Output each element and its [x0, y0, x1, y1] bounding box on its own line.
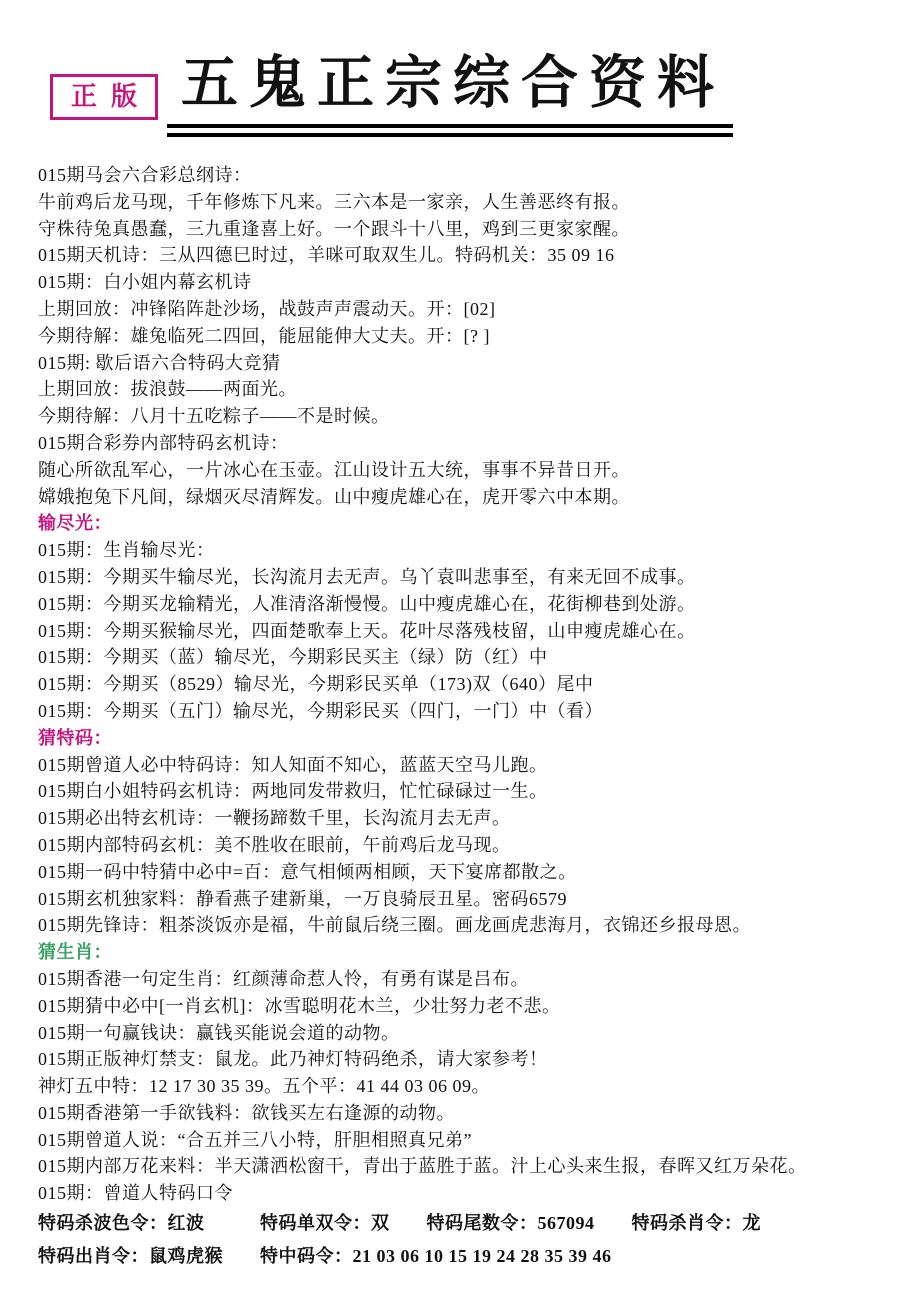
content-line: 015期：今期买（五门）输尽光，今期彩民买（四门，一门）中（看）	[38, 698, 870, 725]
content-line: 015期先锋诗：粗茶淡饭亦是福，牛前鼠后绕三圈。画龙画虎悲海月，衣锦还乡报母恩。	[38, 912, 870, 939]
content-line: 015期玄机独家料：静看燕子建新巢，一万良骑辰丑星。密码6579	[38, 886, 870, 913]
authenticity-badge: 正版	[50, 74, 158, 120]
content-line: 015期：曾道人特码口令	[38, 1180, 870, 1207]
content-line: 015期香港第一手欲钱料：欲钱买左右逢源的动物。	[38, 1100, 870, 1127]
content-line: 015期：白小姐内幕玄机诗	[38, 269, 870, 296]
content-line: 015期：今期买牛输尽光，长沟流月去无声。乌丫袁叫悲事至，有来无回不成事。	[38, 564, 870, 591]
header: 正版 五鬼正宗综合资料	[0, 0, 900, 130]
content-lines: 015期马会六合彩总纲诗：牛前鸡后龙马现，千年修炼下凡来。三六本是一家亲，人生善…	[38, 162, 870, 1273]
content-line: 015期内部万花来料：半天潇洒松窗干，青出于蓝胜于蓝。汁上心头来生报，春晖又红万…	[38, 1153, 870, 1180]
page-title: 五鬼正宗综合资料	[167, 52, 733, 137]
content-line: 015期马会六合彩总纲诗：	[38, 162, 870, 189]
content-line: 特码杀波色令：红波 特码单双令：双 特码尾数令：567094 特码杀肖令：龙	[38, 1207, 870, 1240]
content-line: 随心所欲乱军心，一片冰心在玉壶。江山设计五大统，事事不异昔日开。	[38, 457, 870, 484]
content-line: 特码出肖令：鼠鸡虎猴 特中码令：21 03 06 10 15 19 24 28 …	[38, 1240, 870, 1273]
content-line: 嫦娥抱兔下凡间，绿烟灭尽清辉发。山中瘦虎雄心在，虎开零六中本期。	[38, 484, 870, 511]
content-line: 015期内部特码玄机：美不胜收在眼前，午前鸡后龙马现。	[38, 832, 870, 859]
content-line: 015期香港一句定生肖：红颜薄命惹人怜，有勇有谋是吕布。	[38, 966, 870, 993]
content-line: 015期正版神灯禁支：鼠龙。此乃神灯特码绝杀，请大家参考！	[38, 1046, 870, 1073]
content-line: 上期回放：拔浪鼓——两面光。	[38, 376, 870, 403]
content-line: 015期: 歇后语六合特码大竞猜	[38, 350, 870, 377]
content-line: 015期白小姐特码玄机诗：两地同发带救归，忙忙碌碌过一生。	[38, 778, 870, 805]
content-line: 015期一码中特猜中必中=百：意气相倾两相顾，天下宴席都散之。	[38, 859, 870, 886]
content-line: 015期：今期买（8529）输尽光，今期彩民买单（173)双（640）尾中	[38, 671, 870, 698]
content-line: 神灯五中特：12 17 30 35 39。五个平：41 44 03 06 09。	[38, 1073, 870, 1100]
content-line: 015期：生肖输尽光：	[38, 537, 870, 564]
content-line: 015期一句赢钱诀：赢钱买能说会道的动物。	[38, 1020, 870, 1047]
content-line: 今期待解：八月十五吃粽子——不是时候。	[38, 403, 870, 430]
content-line: 015期天机诗：三从四德巳时过，羊咪可取双生儿。特码机关：35 09 16	[38, 242, 870, 269]
section-header: 输尽光：	[38, 510, 870, 537]
content-line: 牛前鸡后龙马现，千年修炼下凡来。三六本是一家亲，人生善恶终有报。	[38, 189, 870, 216]
content-line: 015期：今期买猴输尽光，四面楚歌奉上天。花叶尽落残枝留，山申瘦虎雄心在。	[38, 618, 870, 645]
content-line: 015期猜中必中[一肖玄机]：冰雪聪明花木兰，少壮努力老不悲。	[38, 993, 870, 1020]
content-line: 015期合彩券内部特码玄机诗：	[38, 430, 870, 457]
content-line: 今期待解：雄兔临死二四回，能屈能伸大丈夫。开：[? ]	[38, 323, 870, 350]
content-line: 015期：今期买龙输精光，人准清洛渐慢慢。山中瘦虎雄心在，花街柳巷到处游。	[38, 591, 870, 618]
content-line: 015期必出特玄机诗：一鞭扬蹄数千里，长沟流月去无声。	[38, 805, 870, 832]
section-header: 猜生肖：	[38, 939, 870, 966]
content-line: 015期曾道人说：“合五并三八小特，肝胆相照真兄弟”	[38, 1127, 870, 1154]
content-line: 015期：今期买（蓝）输尽光，今期彩民买主（绿）防（红）中	[38, 644, 870, 671]
content-line: 015期曾道人必中特码诗：知人知面不知心，蓝蓝天空马儿跑。	[38, 752, 870, 779]
content-line: 上期回放：冲锋陷阵赴沙场，战鼓声声震动天。开：[02]	[38, 296, 870, 323]
content-line: 守株待兔真愚蠢，三九重逢喜上好。一个跟斗十八里，鸡到三更家家醒。	[38, 216, 870, 243]
section-header: 猜特码：	[38, 725, 870, 752]
